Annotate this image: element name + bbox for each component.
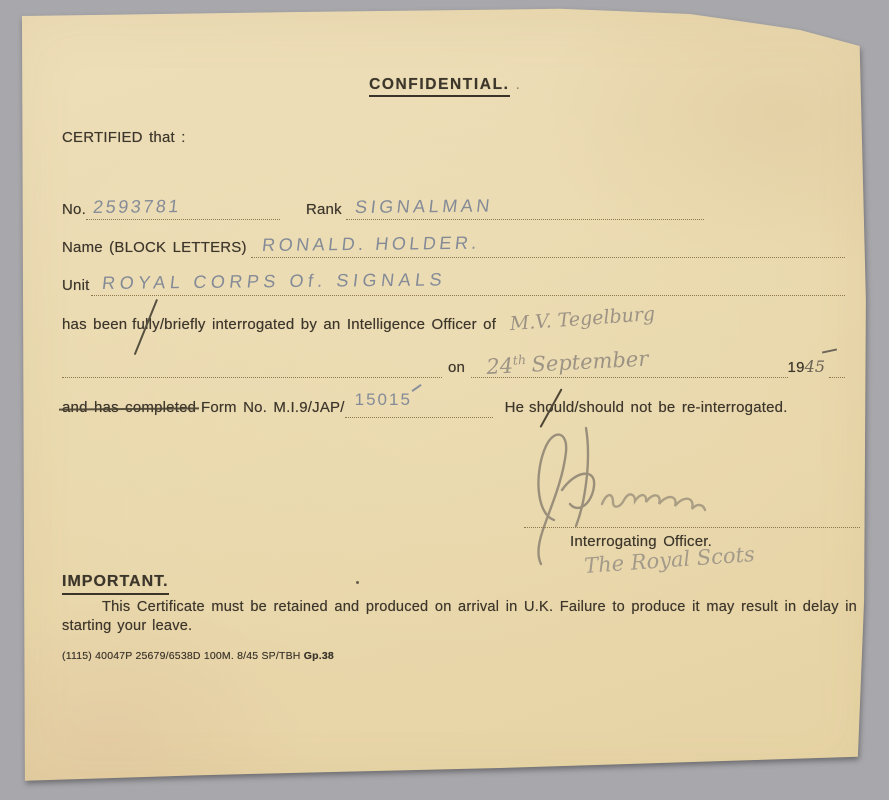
unit-dotted-line: ROYAL CORPS Of. SIGNALS <box>91 269 845 296</box>
date-leading-dotted-line <box>62 349 442 378</box>
reinterrogation-text-pre: He <box>505 399 525 416</box>
struck-word-should: should <box>529 399 574 416</box>
service-number-rank-row: No. 2593781 Rank SIGNALMAN <box>62 194 704 220</box>
signature-loop-stroke <box>538 435 566 564</box>
name-label: Name (BLOCK LETTERS) <box>62 239 247 258</box>
name-dotted-line: RONALD. HOLDER. <box>251 231 845 258</box>
rank-dotted-line: SIGNALMAN <box>346 193 704 220</box>
classification-header: CONFIDENTIAL. <box>369 76 510 97</box>
form-number-text: Form No. M.I.9/JAP/ <box>201 399 345 416</box>
date-handwritten: 24thSeptember <box>486 346 649 379</box>
struck-word-fully: fully <box>132 316 160 333</box>
service-number-label: No. <box>62 201 86 220</box>
struck-phrase-and-has-completed: and has completed <box>62 399 196 416</box>
name-row: Name (BLOCK LETTERS) RONALD. HOLDER. <box>62 232 845 258</box>
interrogation-text-post: /briefly interrogated by an Intelligence… <box>160 316 496 333</box>
form-row: and has completedForm No. M.I.9/JAP/ 150… <box>62 392 845 418</box>
date-row: on 24thSeptember 19 45 <box>62 350 845 378</box>
important-body: This Certificate must be retained and pr… <box>62 598 857 637</box>
date-on-label: on <box>442 359 471 378</box>
year-handwritten: 45 <box>805 357 825 378</box>
signature-scrawl <box>602 494 705 510</box>
unit-row: Unit ROYAL CORPS Of. SIGNALS <box>62 270 845 296</box>
unit-label: Unit <box>62 277 89 296</box>
signature-dotted-line <box>524 513 860 528</box>
rank-label: Rank <box>306 201 342 220</box>
reinterrogation-text-post: /should not be re-interrogated. <box>574 399 787 416</box>
interrogation-text-pre: has been <box>62 316 127 333</box>
printers-imprint: (1115) 40047P 25679/6538D 100M. 8/45 SP/… <box>62 650 334 662</box>
form-number-value: 15015 <box>355 390 412 409</box>
date-trailing-dotted-line <box>829 349 845 378</box>
interrogation-line: has beenfully/briefly interrogated by an… <box>62 309 656 335</box>
imprint-group-code: Gp.38 <box>304 650 334 662</box>
signature-tall-stroke <box>576 428 588 526</box>
date-dotted-line: 24thSeptember <box>471 349 787 378</box>
service-number-value: 2593781 <box>92 196 182 218</box>
scanned-certificate-photo: CONFIDENTIAL.. CERTIFIED that : No. 2593… <box>0 0 889 800</box>
classification-trailing-dot: . <box>516 76 520 93</box>
unit-value: ROYAL CORPS Of. SIGNALS <box>101 269 447 294</box>
ink-speck <box>356 581 359 584</box>
signature-mid-loop <box>562 474 594 508</box>
form-number-dotted-line: 15015 <box>345 391 493 418</box>
classification-header-row: CONFIDENTIAL.. <box>0 76 889 94</box>
important-heading: IMPORTANT. <box>62 573 169 595</box>
name-value: RONALD. HOLDER. <box>261 233 481 256</box>
rank-value: SIGNALMAN <box>354 196 494 218</box>
service-number-dotted-line: 2593781 <box>86 193 280 220</box>
imprint-text: (1115) 40047P 25679/6538D 100M. 8/45 SP/… <box>62 650 301 662</box>
certified-line: CERTIFIED that : <box>62 129 186 146</box>
year-printed-prefix: 19 <box>788 359 805 378</box>
